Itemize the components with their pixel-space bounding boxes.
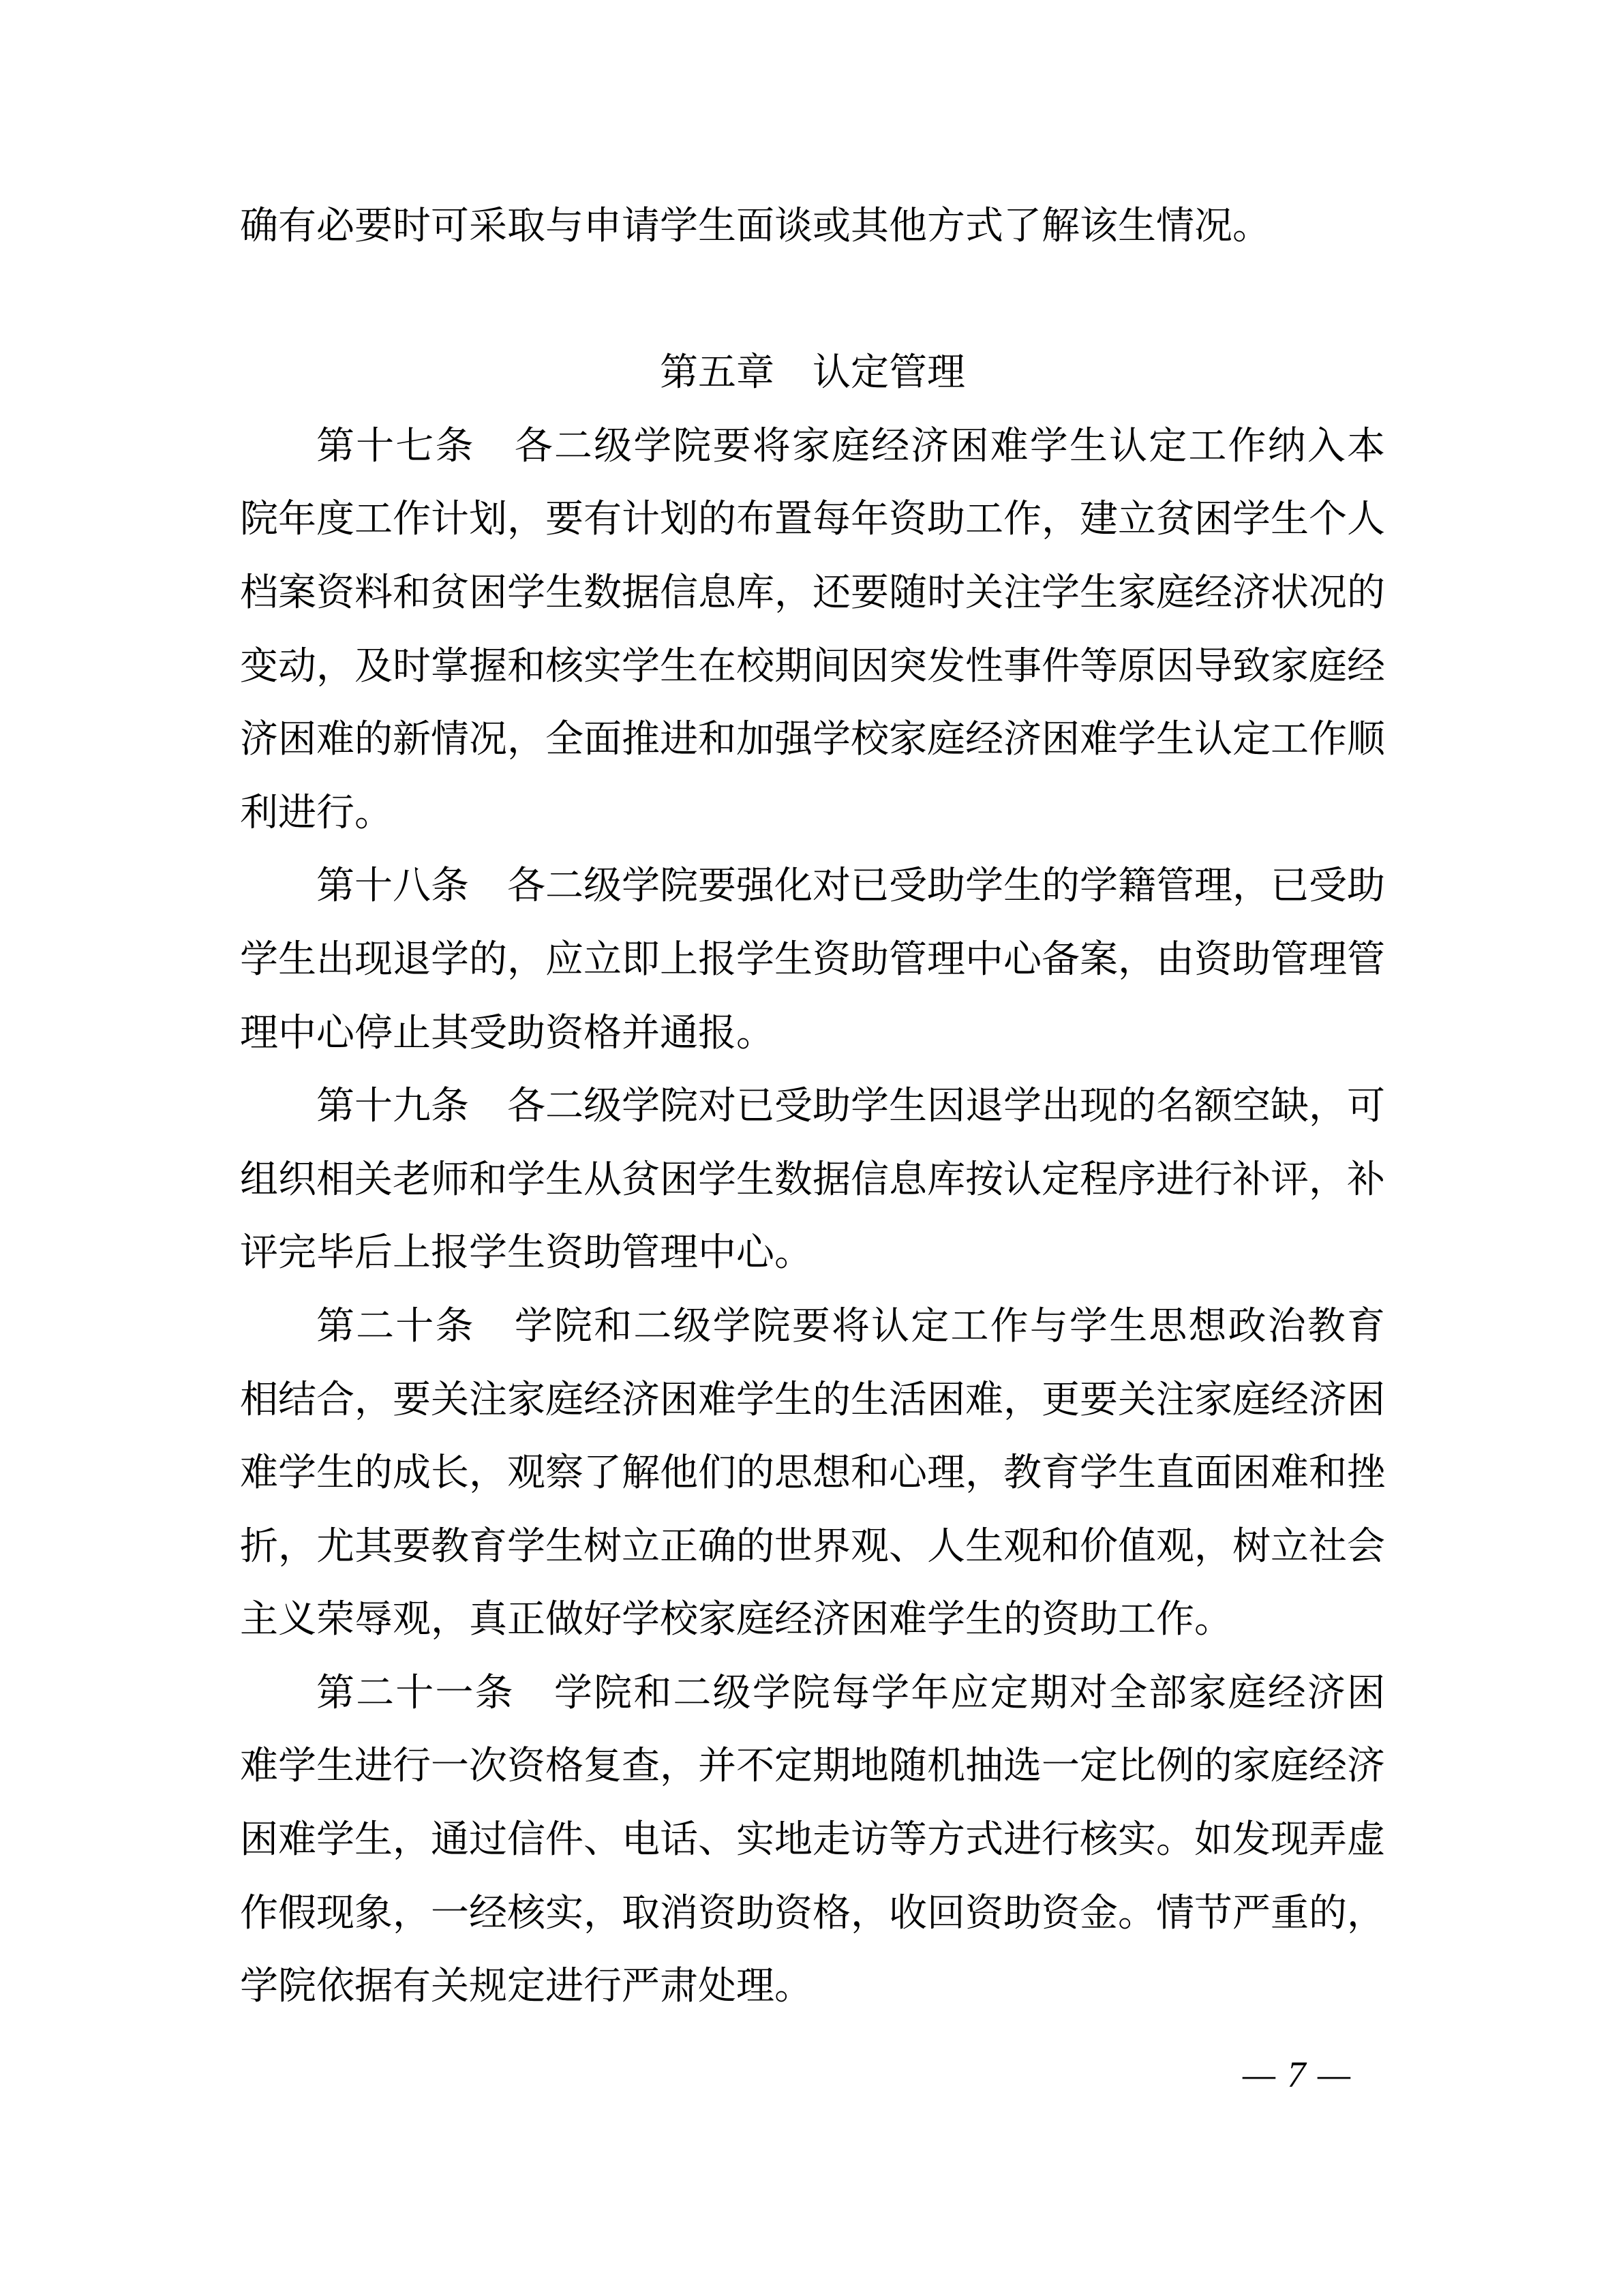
article-21-line: 困难学生，通过信件、电话、实地走访等方式进行核实。如发现弄虚 <box>240 1804 1385 1877</box>
article-21-line: 作假现象，一经核实，取消资助资格，收回资助资金。情节严重的， <box>240 1877 1385 1951</box>
article-21-line: 难学生进行一次资格复查，并不定期地随机抽选一定比例的家庭经济 <box>240 1730 1385 1804</box>
article-17-line: 院年度工作计划，要有计划的布置每年资助工作，建立贫困学生个人 <box>240 483 1385 557</box>
article-18-line: 第十八条 各二级学院要强化对已受助学生的学籍管理，已受助 <box>240 850 1385 924</box>
article-19-line: 组织相关老师和学生从贫困学生数据信息库按认定程序进行补评，补 <box>240 1144 1385 1218</box>
article-17-line: 利进行。 <box>240 777 1385 851</box>
document-page: 确有必要时可采取与申请学生面谈或其他方式了解该生情况。 第五章 认定管理 第十七… <box>0 0 1623 2296</box>
continuation-line: 确有必要时可采取与申请学生面谈或其他方式了解该生情况。 <box>240 190 1385 264</box>
page-number: — 7 — <box>1243 2051 1352 2098</box>
chapter-heading: 第五章 认定管理 <box>240 337 1385 410</box>
text-column: 确有必要时可采取与申请学生面谈或其他方式了解该生情况。 第五章 认定管理 第十七… <box>240 190 1385 2024</box>
article-20-line: 相结合，要关注家庭经济困难学生的生活困难，更要关注家庭经济困 <box>240 1364 1385 1438</box>
article-18-line: 理中心停止其受助资格并通报。 <box>240 997 1385 1071</box>
blank-line <box>240 264 1385 337</box>
article-21-line: 学院依据有关规定进行严肃处理。 <box>240 1950 1385 2024</box>
article-21-line: 第二十一条 学院和二级学院每学年应定期对全部家庭经济困 <box>240 1657 1385 1731</box>
article-20-line: 主义荣辱观，真正做好学校家庭经济困难学生的资助工作。 <box>240 1584 1385 1657</box>
article-17-line: 济困难的新情况，全面推进和加强学校家庭经济困难学生认定工作顺 <box>240 704 1385 777</box>
article-19-line: 评完毕后上报学生资助管理中心。 <box>240 1217 1385 1290</box>
article-18-line: 学生出现退学的，应立即上报学生资助管理中心备案，由资助管理管 <box>240 924 1385 997</box>
article-17-line: 变动，及时掌握和核实学生在校期间因突发性事件等原因导致家庭经 <box>240 631 1385 704</box>
article-17-line: 第十七条 各二级学院要将家庭经济困难学生认定工作纳入本 <box>240 410 1385 484</box>
article-20-line: 折，尤其要教育学生树立正确的世界观、人生观和价值观，树立社会 <box>240 1511 1385 1584</box>
article-20-line: 第二十条 学院和二级学院要将认定工作与学生思想政治教育 <box>240 1290 1385 1364</box>
article-19-line: 第十九条 各二级学院对已受助学生因退学出现的名额空缺，可 <box>240 1070 1385 1144</box>
article-20-line: 难学生的成长，观察了解他们的思想和心理，教育学生直面困难和挫 <box>240 1437 1385 1511</box>
article-17-line: 档案资料和贫困学生数据信息库，还要随时关注学生家庭经济状况的 <box>240 557 1385 631</box>
